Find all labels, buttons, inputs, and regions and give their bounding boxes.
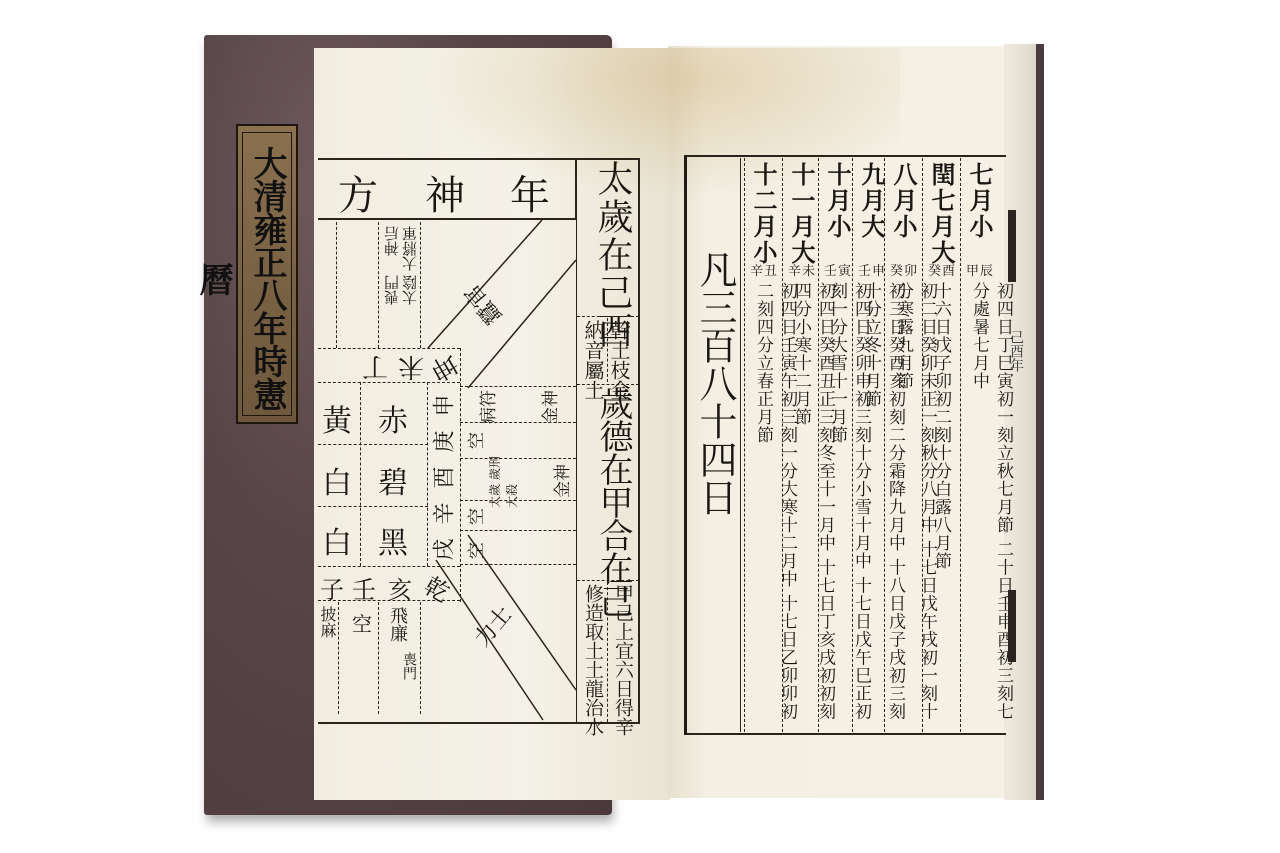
branch-you: 酉 [428,466,459,488]
month-ganzhi: 壬寅 [821,260,855,279]
color-cell-bi: 碧 [378,458,408,502]
month-ganzhi: 癸卯 [887,260,921,279]
header-char-shen: 神 [425,164,465,221]
stem-xin: 辛 [428,502,459,524]
color-cell-bai-1: 白 [322,458,352,502]
month-ganzhi: 辛丑 [747,260,781,279]
month-ganzhi: 甲辰 [963,260,997,279]
spirit-row-3-tag: 金神 [548,464,573,498]
month-col-12: 十二月小 辛丑 初四日壬寅午初三刻一分大寒十二月中 十七日乙卯卯初二刻四分立春正… [744,158,780,732]
back-cover-edge [1036,44,1044,800]
branch-xu: 戌 [428,538,459,560]
month-ganzhi: 壬申 [855,260,889,279]
spirit-row-1-tag: 金神 [536,390,561,424]
stem-geng: 庚 [428,430,459,452]
top-label-1: 神后 [383,226,401,256]
spirit-row-1-label: 病符 [474,390,499,424]
note-left-2: 土龍治水 [580,660,606,736]
color-cell-hei: 黑 [378,518,408,562]
branch-shen: 申 [428,394,459,416]
top-label-2: 大將軍 [401,226,419,271]
spirit-row-4-label: 空 [462,508,487,525]
branch-zi: 子 [320,570,344,605]
branch-wei: 未 [398,350,424,387]
spirit-row-5-label: 空 [462,542,487,559]
branch-hai: 亥 [388,570,412,605]
note-right-1: 甲己上宜 [610,584,636,660]
color-cell-chi: 赤 [378,396,408,440]
spirit-row-3-label: 太歲 歲刑 大殺 [486,448,520,508]
stem-ding: 丁 [362,350,388,387]
month-head: 十一月大 [786,162,816,266]
bottom-label-kong: 空 [352,608,372,637]
fold-mark-upper [1008,210,1016,282]
month-head: 九月大 [856,162,886,240]
book-title: 大清雍正八年時憲曆 [240,134,294,422]
top-label-4: 太陰 [401,275,419,305]
month-head: 七月小 [964,162,994,240]
month-body: 初四日壬寅午初三刻一分大寒十二月中 十七日乙卯卯初二刻四分立春正月節 [751,282,799,732]
month-head: 閏七月大 [926,162,956,266]
month-head: 十二月小 [748,162,778,266]
note-right-2: 六日得辛 [610,660,636,736]
header-char-fang: 方 [338,164,378,221]
bottom-label-feilian: 飛廉 [386,606,408,642]
color-cell-bai-2: 白 [322,518,352,562]
title-slip: 大清雍正八年時憲曆 [236,124,298,424]
header-char-nian: 年 [510,164,550,221]
spirit-row-2-label: 空 [462,432,487,449]
month-ganzhi: 辛未 [785,260,819,279]
month-head: 八月小 [888,162,918,240]
sui-de-text: 歲德在甲合在己 [588,386,638,617]
total-days: 凡三百八十四日 [690,250,740,516]
month-ganzhi: 癸酉 [925,260,959,279]
month-col-7: 七月小 甲辰 初四日丁巳寅初一刻立秋七月節 二十日壬申酉初三刻七分處暑七月中 [960,158,996,732]
note-left-1: 修造取土 [580,584,606,660]
fold-mark-lower [1008,590,1016,662]
bottom-label-pima: 披麻 [318,606,336,638]
top-label-3: 喪門 [383,275,401,305]
stem-ren: 壬 [352,570,376,605]
bottom-label-sangmen: 喪門 [401,652,417,680]
fold-edge-label: 己酉年 [1006,330,1026,372]
color-cell-huang: 黃 [322,396,352,440]
month-head: 十月小 [822,162,852,240]
